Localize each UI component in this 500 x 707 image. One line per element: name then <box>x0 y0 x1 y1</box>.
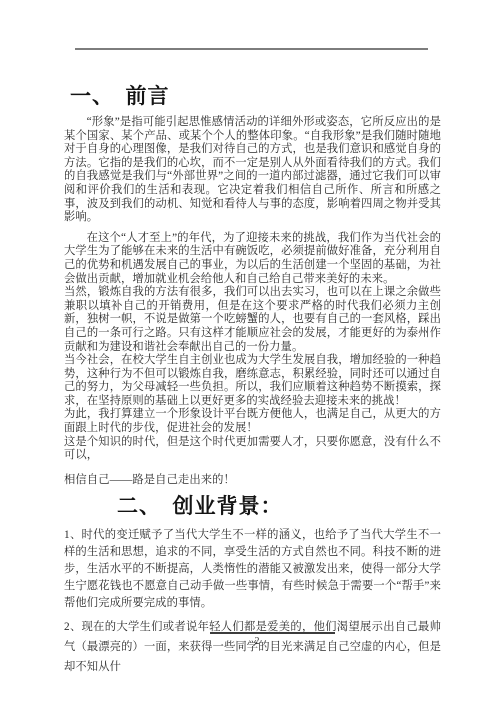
section-heading-foreword: 一、 前言 <box>70 84 441 110</box>
foreword-paragraph-knowledge-era: 这是个知识的时代，但是这个时代更加需要人才，只要你愿意，没有什么不可以， <box>64 436 441 463</box>
page-header-rule <box>75 48 428 50</box>
section-heading-startup-background: 二、 创业背景： <box>117 494 441 520</box>
foreword-paragraph-self-training: 当然，锻炼自我的方法有很多，我们可以出去实习，也可以在上课之余做些兼职以填补自己… <box>64 286 441 354</box>
page-body: 一、 前言 “形象”是指可能引起思惟感情活动的详细外形或姿态，它所反应出的是某个… <box>64 84 441 677</box>
page-number: 2 <box>197 636 317 647</box>
foreword-paragraph-talent-era: 在这个“人才至上”的年代，为了迎接未来的挑战，我们作为当代社会的大学生为了能够在… <box>64 232 441 286</box>
document-page: 一、 前言 “形象”是指可能引起思惟感情活动的详细外形或姿态，它所反应出的是某个… <box>0 0 500 707</box>
page-footer-rule <box>210 632 335 634</box>
background-item-2: 2、现在的大学生们或者说年轻人们都是爱美的，他们渴望展示出自己最帅气（最漂亮的）… <box>64 617 441 677</box>
foreword-paragraph-self-image: “形象”是指可能引起思惟感情活动的详细外形或姿态，它所反应出的是某个国家、某个产… <box>64 116 441 225</box>
background-item-1: 1、时代的变迁赋予了当代大学生不一样的涵义，也给予了当代大学生不一样的生活和思想… <box>64 527 441 612</box>
foreword-paragraph-platform-plan: 为此，我打算建立一个形象设计平台既方便他人，也满足自己，从更大的方面跟上时代的步… <box>64 408 441 435</box>
foreword-paragraph-startup-trend: 当今社会，在校大学生自主创业也成为大学生发展自我，增加经验的一种趋势，这种行为不… <box>64 354 441 408</box>
foreword-motto-line: 相信自己——路是自己走出来的！ <box>64 474 441 488</box>
